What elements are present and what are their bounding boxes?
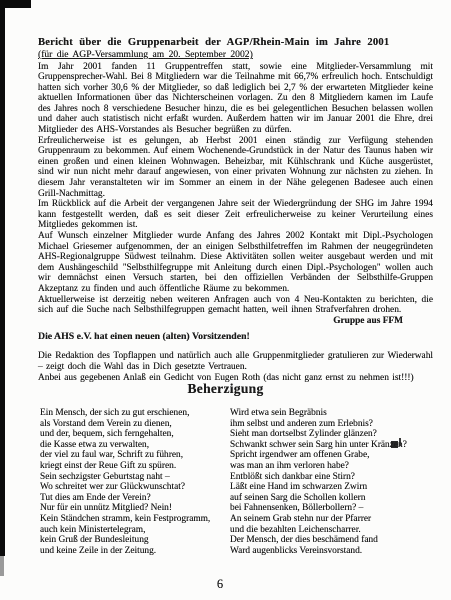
poem-line: Ward augenblicks Vereinsvorstand. [230, 546, 407, 557]
announcement-heading: Die AHS e.V. hat einen neuen (alten) Vor… [38, 331, 433, 342]
report-paragraph: Im Jahr 2001 fanden 11 Gruppentreffen st… [38, 62, 433, 136]
poem-line: Nur für ein unnütz Mitglied? Nein! [40, 503, 230, 514]
poem-line: und der, bequem, sich ferngehalten, [40, 429, 230, 440]
poem-line: Spricht irgendwer am offenen Grabe, [230, 450, 407, 461]
poem-line: ihm selbst und anderen zum Erlebnis? [230, 419, 407, 430]
announcement-body: Die Redaktion des Topflappen und natürli… [38, 351, 433, 383]
scan-artifact-edge-fade [0, 556, 4, 576]
poem-line: Tut dies am Ende der Verein? [40, 493, 230, 504]
poem-line: Sieht man dortselbst Zylinder glänzen? [230, 429, 407, 440]
poem-line: Entblößt sich dankbar eine Stirn? [230, 472, 407, 483]
poem-line: kriegt einst der Reue Gift zu spüren. [40, 461, 230, 472]
announcement-line: Die Redaktion des Topflappen und natürli… [38, 351, 433, 372]
poem-line: kein Gruß der Bundesleitung [40, 535, 230, 546]
page-number: 6 [0, 577, 440, 592]
poem-line: auch kein Ministertelegram, [40, 525, 230, 536]
poem-title: Beherzigung [0, 381, 451, 396]
poem-line: was man an ihm verloren habe? [230, 461, 407, 472]
poem-right-column: Wird etwa sein Begräbnisihm selbst und a… [230, 408, 407, 556]
report-paragraph: Im Rückblick auf die Arbeit der vergange… [38, 199, 433, 231]
poem-columns: Ein Mensch, der sich zu gut erschienen,a… [0, 408, 451, 556]
poem-line: Wird etwa sein Begräbnis [230, 408, 407, 419]
poem-line: Wo schreitet wer zur Glückwunschtat? [40, 482, 230, 493]
report-paragraph: Aktuellerweise ist derzeitig neben weite… [38, 295, 433, 316]
poem-line: und die bezahlten Leichenscharrer. [230, 525, 407, 536]
poem-line: Sein sechzigster Geburtstag naht – [40, 472, 230, 483]
poem-left-column: Ein Mensch, der sich zu gut erschienen,a… [40, 408, 230, 556]
document-page: Bericht über die Gruppenarbeit der AGP/R… [0, 0, 451, 600]
poem-line: Läßt eine Hand im schwarzen Zwirn [230, 482, 407, 493]
poem-line: als Vorstand dem Verein zu dienen, [40, 419, 230, 430]
report-title: Bericht über die Gruppenarbeit der AGP/R… [38, 37, 433, 49]
poem-line: auf seinen Sarg die Schollen kollern [230, 493, 407, 504]
report-subtitle: (für die AGP-Versammlung am 20. Septembe… [38, 49, 433, 61]
poem-line: bei Fahnensenken, Böllerbollern? – [230, 503, 407, 514]
poem-section: Beherzigung Ein Mensch, der sich zu gut … [0, 381, 451, 556]
report-body: Im Jahr 2001 fanden 11 Gruppentreffen st… [38, 62, 433, 316]
poem-line: Kein Ständchen stramm, kein Festprogramm… [40, 514, 230, 525]
report-section: Bericht über die Gruppenarbeit der AGP/R… [38, 37, 433, 383]
poem-line: An seinem Grab stehn nur der Pfarrer [230, 514, 407, 525]
poem-line: und keine Zeile in der Zeitung. [40, 546, 230, 557]
report-paragraph: Auf Wunsch einzelner Mitglieder wurde An… [38, 231, 433, 295]
poem-line: die Kasse etwa zu verwalten, [40, 440, 230, 451]
poem-line: Schwankt schwer sein Sarg hin unter Krän… [230, 440, 407, 451]
report-signature: Gruppe aus FFM [38, 316, 433, 327]
poem-line: der viel zu faul war, Schrift zu führen, [40, 450, 230, 461]
report-paragraph: Erfreulicherweise ist es gelungen, ab He… [38, 136, 433, 200]
poem-line: Der Mensch, der dies beschämend fand [230, 535, 407, 546]
poem-line: Ein Mensch, der sich zu gut erschienen, [40, 408, 230, 419]
